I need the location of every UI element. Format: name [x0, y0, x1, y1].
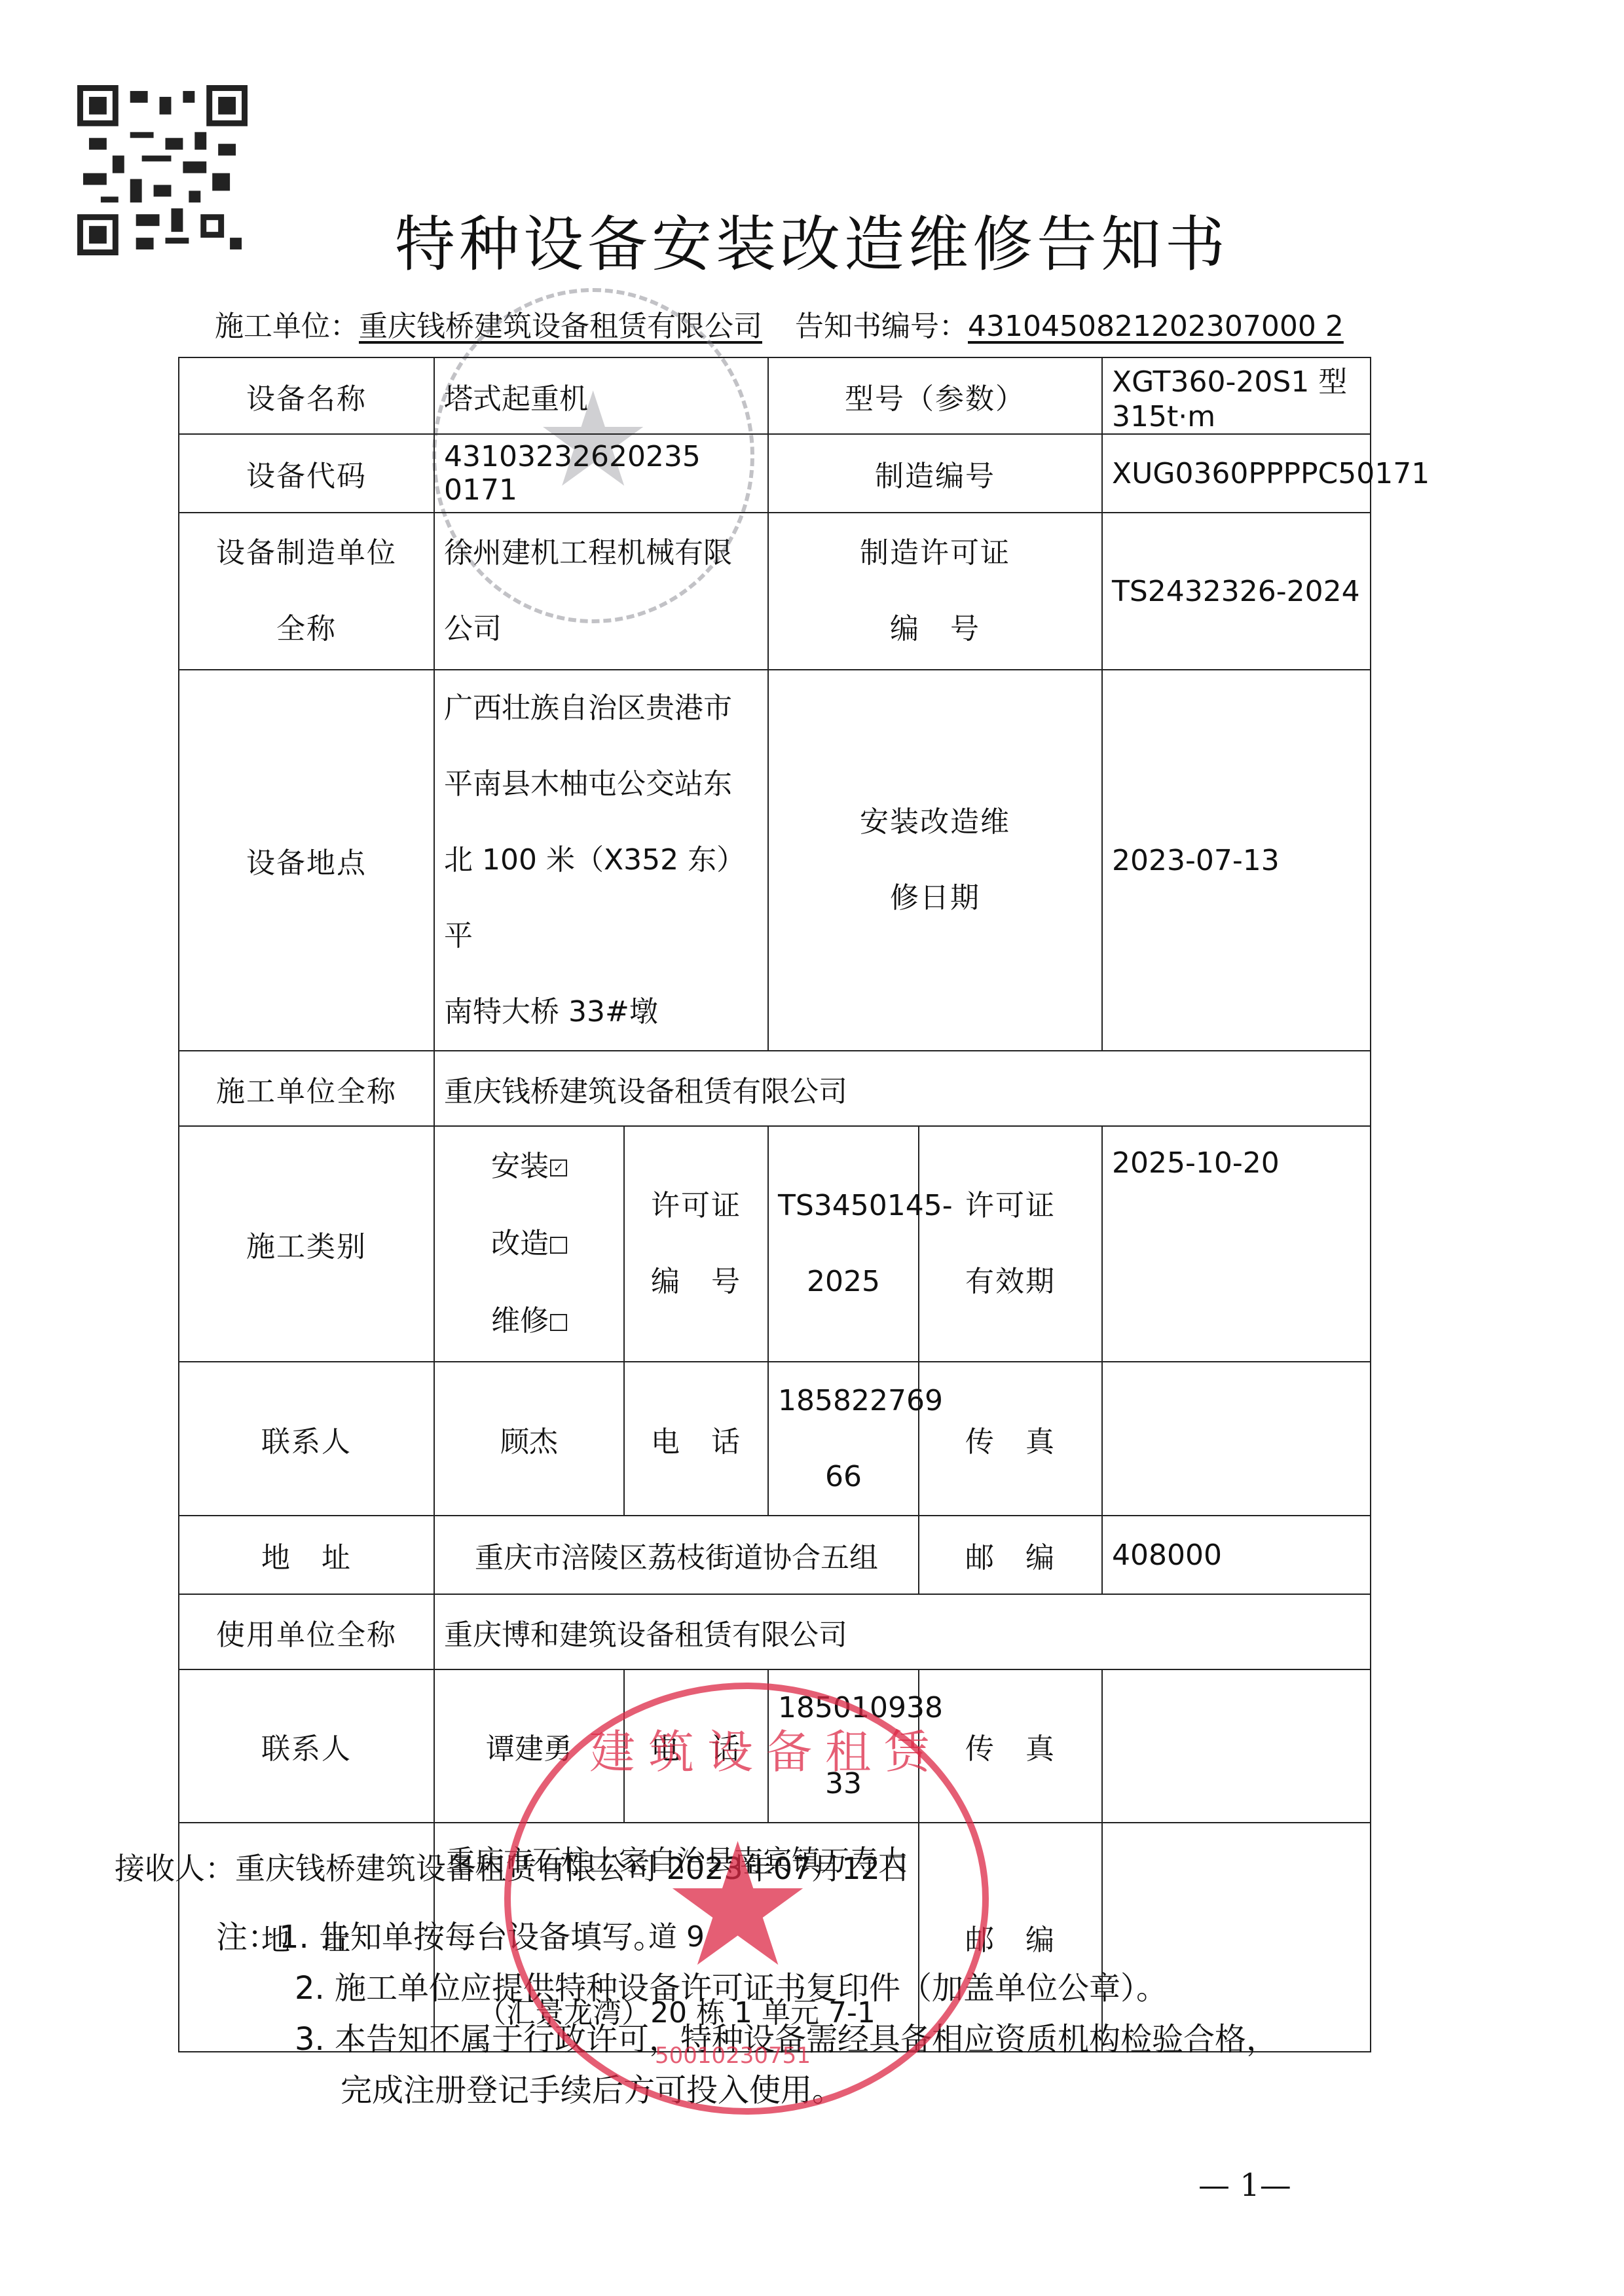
contractor-address-value: 重庆市涪陵区荔枝街道协合五组	[434, 1516, 919, 1594]
receiver-line: 接收人：重庆钱桥建筑设备租赁有限公司 2023年07月12日	[115, 1845, 910, 1888]
postcode-label: 邮 编	[919, 1516, 1102, 1594]
phone-label: 电 话	[624, 1362, 768, 1516]
user-full-value: 重庆博和建筑设备租赁有限公司	[434, 1594, 1371, 1669]
work-type-modify[interactable]: 改造	[444, 1205, 614, 1283]
license-no-value: TS3450145-2025	[768, 1126, 919, 1362]
mfg-license-value: TS2432326-2024	[1102, 513, 1371, 670]
note-3a: 3. 本告知不属于行政许可，特种设备需经具备相应资质机构检验合格，	[216, 2014, 1278, 2065]
serial-value: XUG0360PPPPC50171	[1102, 434, 1371, 513]
checkbox-icon	[550, 1314, 567, 1331]
user-contact-label: 联系人	[179, 1669, 434, 1823]
note-2: 2. 施工单位应提供特种设备许可证书复印件（加盖单位公章）。	[216, 1963, 1278, 2014]
user-fax-value	[1102, 1669, 1371, 1823]
contractor-contact-label: 联系人	[179, 1362, 434, 1516]
contractor-phone-value: 18582276966	[768, 1362, 919, 1516]
model-value: XGT360-20S1 型 315t·m	[1102, 357, 1371, 434]
notice-no-label: 告知书编号：	[795, 310, 968, 343]
serial-label: 制造编号	[768, 434, 1102, 513]
location-label: 设备地点	[179, 670, 434, 1051]
manufacturer-label: 设备制造单位全称	[179, 513, 434, 670]
note-3b: 完成注册登记手续后方可投入使用。	[216, 2065, 1278, 2116]
date-label: 安装改造维修日期	[768, 670, 1102, 1051]
note-1: 注：1. 告知单按每台设备填写。	[216, 1912, 1278, 1963]
user-contact-value: 谭建勇	[434, 1669, 624, 1823]
user-phone-label: 电 话	[624, 1669, 768, 1823]
work-type-install[interactable]: 安装✓	[444, 1128, 614, 1205]
contractor-postcode-value: 408000	[1102, 1516, 1371, 1594]
notice-form-table: 设备名称 塔式起重机 型号（参数） XGT360-20S1 型 315t·m 设…	[178, 357, 1371, 2052]
work-type-options: 安装✓ 改造 维修	[434, 1126, 624, 1362]
unit-label: 施工单位：	[215, 310, 359, 343]
checkbox-icon	[550, 1237, 567, 1254]
row-contractor-full: 施工单位全称 重庆钱桥建筑设备租赁有限公司	[179, 1051, 1371, 1126]
row-device-code: 设备代码 43103232620235 0171 制造编号 XUG0360PPP…	[179, 434, 1371, 513]
model-label: 型号（参数）	[768, 357, 1102, 434]
device-code-label: 设备代码	[179, 434, 434, 513]
license-valid-value: 2025-10-20	[1102, 1126, 1371, 1362]
unit-value: 重庆钱桥建筑设备租赁有限公司	[359, 310, 762, 343]
device-name-value: 塔式起重机	[434, 357, 768, 434]
row-manufacturer: 设备制造单位全称 徐州建机工程机械有限公司 制造许可证编 号 TS2432326…	[179, 513, 1371, 670]
notice-no-value: 4310450821202307000 2	[968, 310, 1344, 343]
contractor-fax-value	[1102, 1362, 1371, 1516]
contractor-full-label: 施工单位全称	[179, 1051, 434, 1126]
user-phone-value: 18501093833	[768, 1669, 919, 1823]
notes: 注：1. 告知单按每台设备填写。 2. 施工单位应提供特种设备许可证书复印件（加…	[216, 1912, 1278, 2116]
contractor-full-value: 重庆钱桥建筑设备租赁有限公司	[434, 1051, 1371, 1126]
device-name-label: 设备名称	[179, 357, 434, 434]
row-location: 设备地点 广西壮族自治区贵港市平南县木柚屯公交站东北 100 米（X352 东）…	[179, 670, 1371, 1051]
device-code-value: 43103232620235 0171	[434, 434, 768, 513]
license-no-label: 许可证编 号	[624, 1126, 768, 1362]
row-user-contact: 联系人 谭建勇 电 话 18501093833 传 真	[179, 1669, 1371, 1823]
fax-label: 传 真	[919, 1362, 1102, 1516]
row-contractor-contact: 联系人 顾杰 电 话 18582276966 传 真	[179, 1362, 1371, 1516]
checkbox-checked-icon: ✓	[550, 1159, 567, 1176]
license-valid-label: 许可证有效期	[919, 1126, 1102, 1362]
manufacturer-value: 徐州建机工程机械有限公司	[434, 513, 768, 670]
mfg-license-label: 制造许可证编 号	[768, 513, 1102, 670]
row-contractor-address: 地 址 重庆市涪陵区荔枝街道协合五组 邮 编 408000	[179, 1516, 1371, 1594]
location-value: 广西壮族自治区贵港市平南县木柚屯公交站东北 100 米（X352 东）平南特大桥…	[434, 670, 768, 1051]
user-full-label: 使用单位全称	[179, 1594, 434, 1669]
row-work-type: 施工类别 安装✓ 改造 维修 许可证编 号 TS3450145-2025 许可证…	[179, 1126, 1371, 1362]
header-line: 施工单位：重庆钱桥建筑设备租赁有限公司告知书编号：431045082120230…	[215, 302, 1344, 344]
page-number: — 1—	[1198, 2167, 1291, 2204]
row-device-name: 设备名称 塔式起重机 型号（参数） XGT360-20S1 型 315t·m	[179, 357, 1371, 434]
date-value: 2023-07-13	[1102, 670, 1371, 1051]
contractor-contact-value: 顾杰	[434, 1362, 624, 1516]
work-type-repair[interactable]: 维修	[444, 1283, 614, 1360]
work-type-label: 施工类别	[179, 1126, 434, 1362]
user-fax-label: 传 真	[919, 1669, 1102, 1823]
page-title: 特种设备安装改造维修告知书	[0, 196, 1624, 283]
address-label: 地 址	[179, 1516, 434, 1594]
row-user-full: 使用单位全称 重庆博和建筑设备租赁有限公司	[179, 1594, 1371, 1669]
